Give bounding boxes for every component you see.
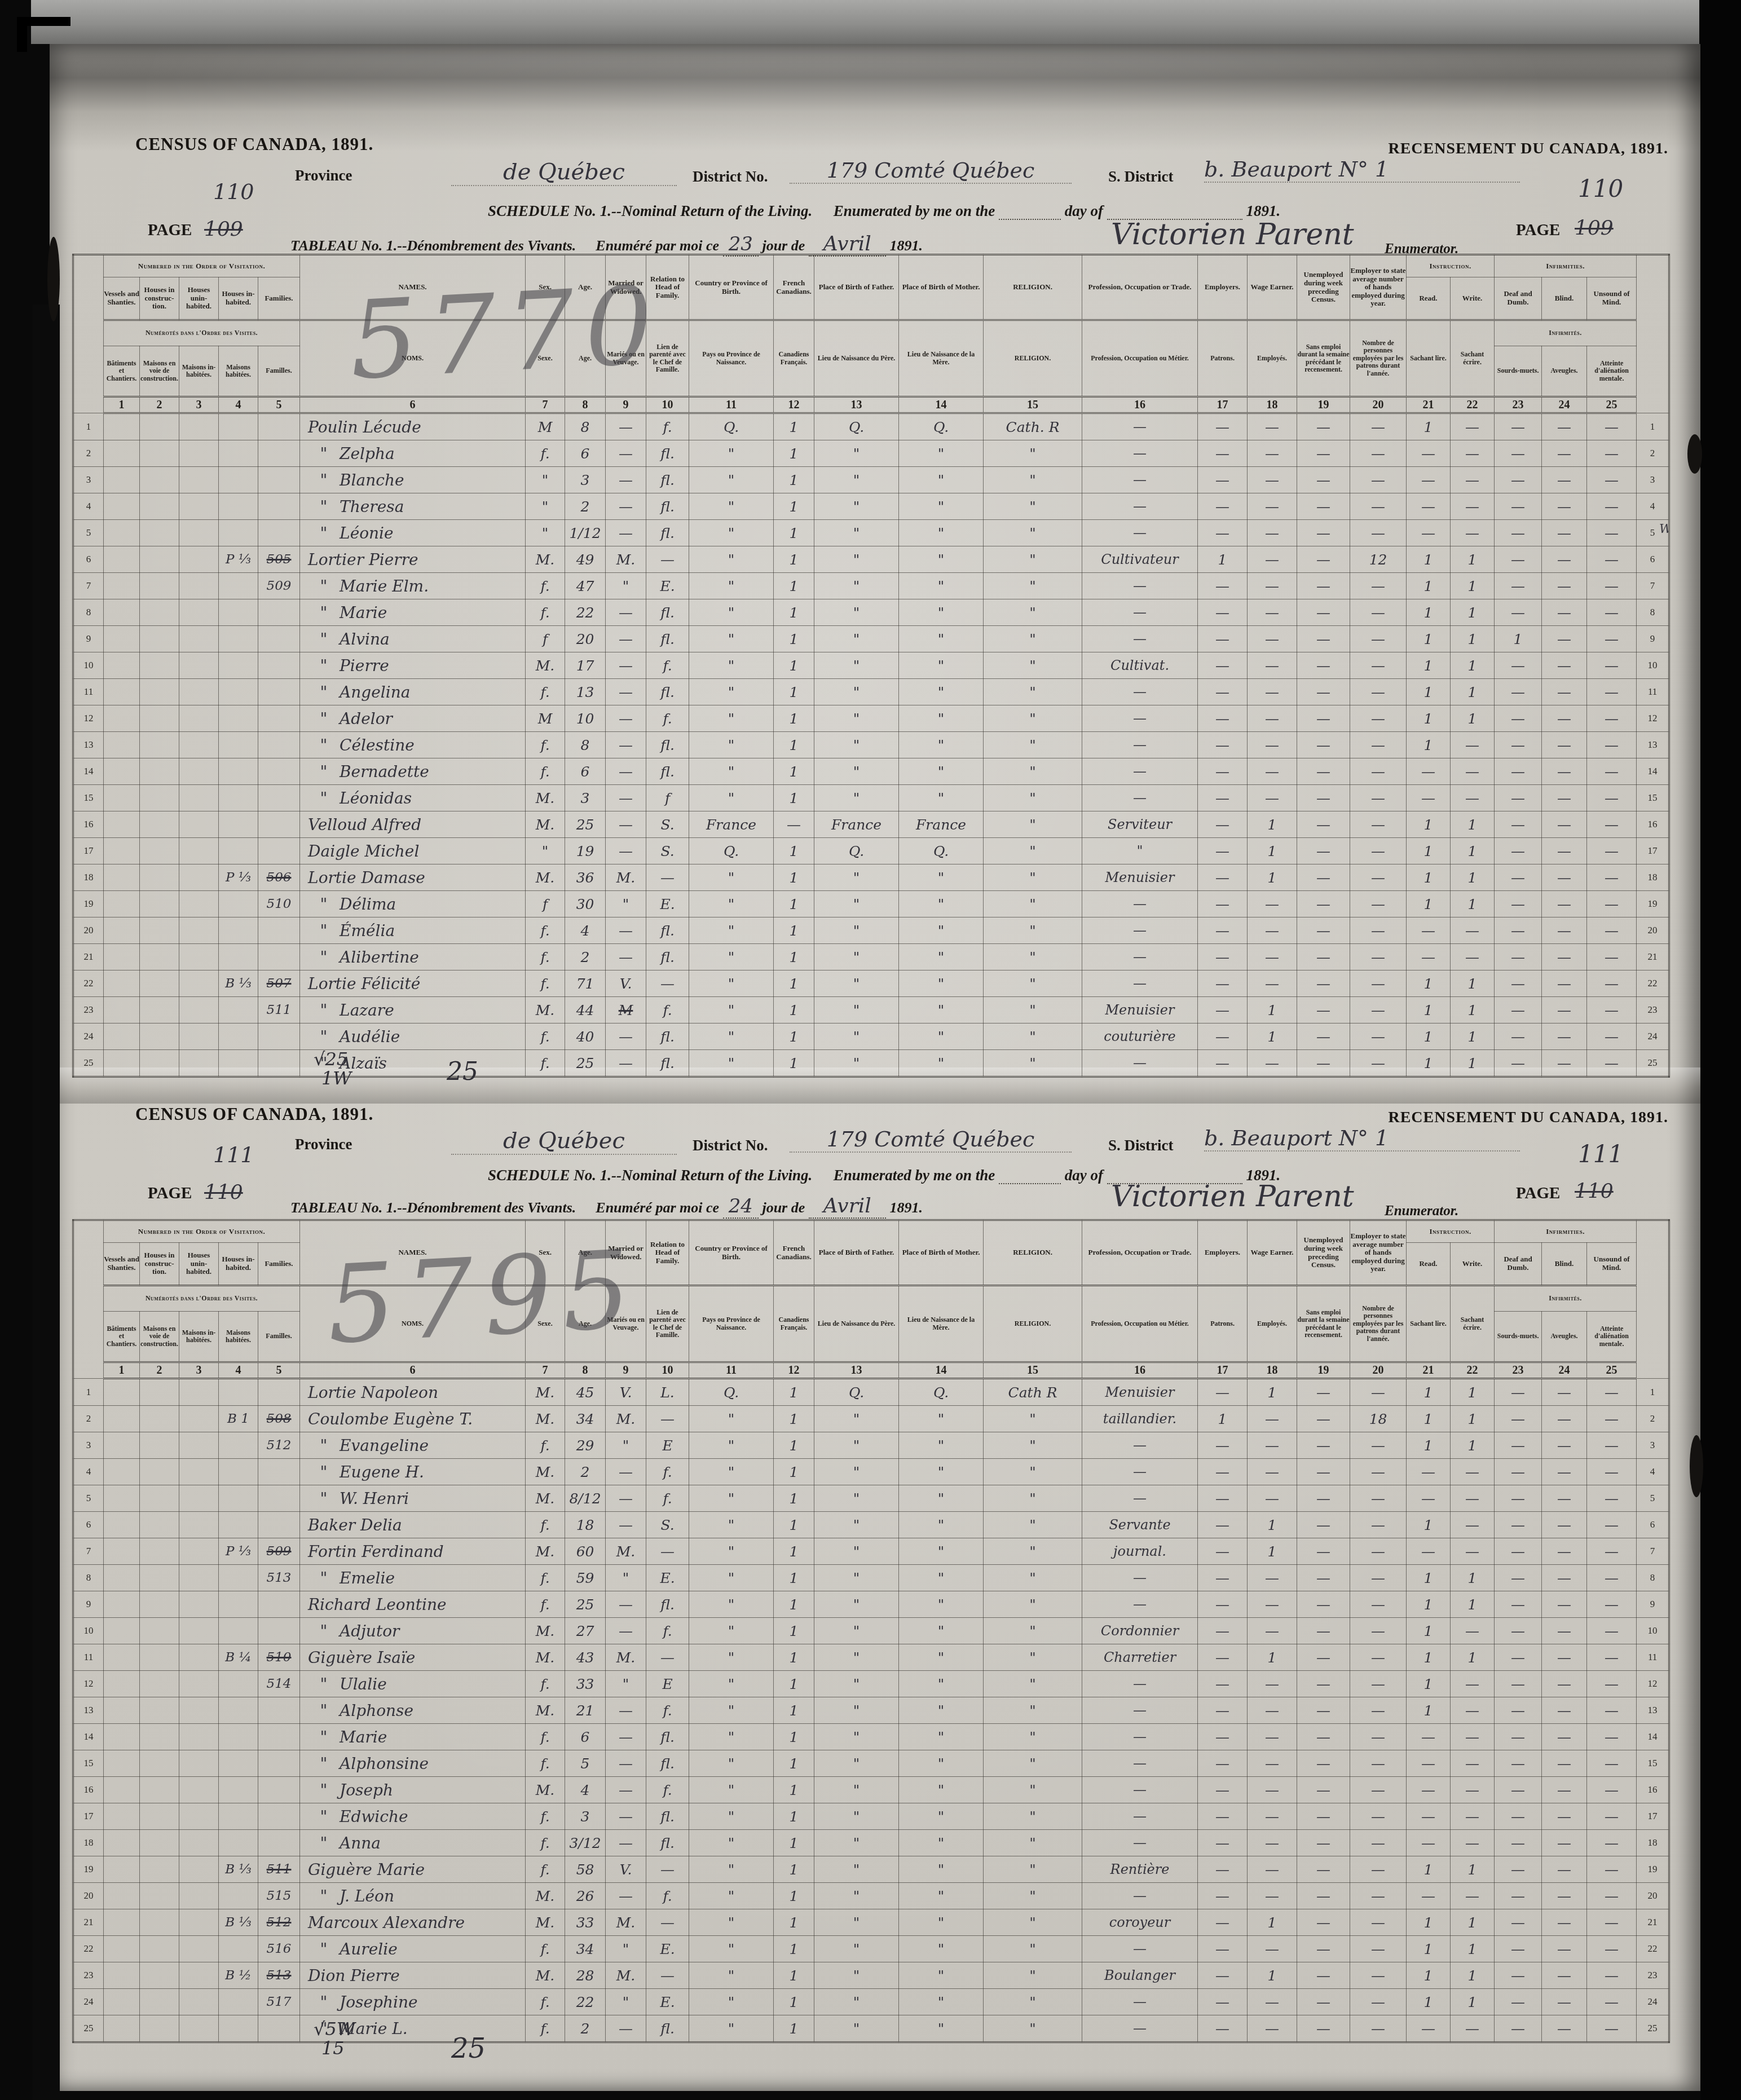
deaf-dumb-cell: — [1495, 1724, 1542, 1750]
name-cell: Lortier Pierre [300, 546, 526, 573]
married-widowed-cell: — [606, 732, 646, 758]
wage-earner-cell: 1 [1248, 838, 1297, 864]
column-number: 23 [1495, 397, 1542, 413]
visitation-cell [140, 1591, 179, 1618]
birthplace-cell: " [689, 1883, 774, 1909]
scan-blemish [1687, 434, 1702, 474]
row-number-right: 17 [1637, 838, 1669, 864]
relation-cell: — [646, 1909, 689, 1936]
visitation-cell [140, 1671, 179, 1697]
birthplace-cell: " [689, 1962, 774, 1989]
mother-birth-cell: " [899, 493, 984, 520]
age-cell: 5 [565, 1750, 606, 1777]
deaf-dumb-cell: — [1495, 1777, 1542, 1803]
visitation-cell [179, 1512, 219, 1538]
deaf-dumb-cell: — [1495, 1565, 1542, 1591]
visitation-cell [140, 1050, 179, 1077]
census-row: 19B ⅓511Giguère Marief.58V.—"1"""Rentièr… [73, 1856, 1669, 1883]
row-number-left: 18 [73, 1830, 104, 1856]
row-number-right: 15 [1637, 785, 1669, 811]
visitation-cell [179, 520, 219, 546]
deaf-dumb-cell: — [1495, 1936, 1542, 1962]
father-birth-cell: Q. [814, 413, 899, 440]
visitation-cell [258, 1459, 300, 1485]
employer-cell: — [1198, 758, 1248, 785]
employer-cell: — [1198, 413, 1248, 440]
mother-birth-cell: " [899, 970, 984, 997]
census-row: 15"Alphonsinef.5—fl."1"""——————————15 [73, 1750, 1669, 1777]
write-cell: — [1451, 1671, 1495, 1697]
read-cell: 1 [1407, 1023, 1451, 1050]
religion-cell: " [984, 1724, 1082, 1750]
unsound-mind-cell: — [1587, 891, 1637, 917]
visitation-cell [179, 758, 219, 785]
column-number: 13 [814, 1362, 899, 1379]
relation-cell: f [646, 785, 689, 811]
row-number-right: 23 [1637, 1962, 1669, 1989]
unemployed-cell: — [1297, 944, 1350, 970]
father-birth-cell: Q. [814, 1379, 899, 1406]
visitation-cell [179, 1023, 219, 1050]
hands-employed-cell: — [1350, 2015, 1407, 2042]
read-cell: — [1407, 785, 1451, 811]
unemployed-cell: — [1297, 1777, 1350, 1803]
visitation-cell [258, 520, 300, 546]
column-number: 17 [1198, 1362, 1248, 1379]
col-header-fr: Sachant lire. [1407, 320, 1451, 397]
visitation-cell [179, 1379, 219, 1406]
visitation-cell [219, 1803, 258, 1830]
write-cell: 1 [1451, 1406, 1495, 1432]
visitation-cell [179, 1909, 219, 1936]
col-header-en: Write. [1451, 277, 1495, 320]
unsound-mind-cell: — [1587, 1538, 1637, 1565]
col-header-en: RELIGION. [984, 1220, 1082, 1286]
employer-cell: — [1198, 1777, 1248, 1803]
visitation-cell [179, 1485, 219, 1512]
visitation-cell [179, 1618, 219, 1644]
visitation-cell [140, 997, 179, 1023]
relation-cell: E. [646, 1565, 689, 1591]
column-number: 23 [1495, 1362, 1542, 1379]
col-header-en: Houses unin­habited. [179, 277, 219, 320]
blind-cell: — [1542, 811, 1587, 838]
hands-employed-cell: — [1350, 1750, 1407, 1777]
row-number-right: 6 [1637, 1512, 1669, 1538]
occupation-cell: — [1082, 626, 1198, 652]
row-number-right: 22 [1637, 1936, 1669, 1962]
visitation-cell [140, 1379, 179, 1406]
age-cell: 58 [565, 1856, 606, 1883]
birthplace-cell: " [689, 1512, 774, 1538]
mother-birth-cell: " [899, 891, 984, 917]
row-number-right: 24 [1637, 1023, 1669, 1050]
read-cell: — [1407, 493, 1451, 520]
unemployed-cell: — [1297, 864, 1350, 891]
employer-cell: — [1198, 2015, 1248, 2042]
sex-cell: f. [526, 1023, 565, 1050]
wage-earner-cell: — [1248, 546, 1297, 573]
relation-cell: — [646, 970, 689, 997]
married-widowed-cell: — [606, 838, 646, 864]
visitation-cell [140, 758, 179, 785]
religion-cell: " [984, 785, 1082, 811]
occupation-cell: Charretier [1082, 1644, 1198, 1671]
read-cell: 1 [1407, 1936, 1451, 1962]
blind-cell: — [1542, 599, 1587, 626]
father-birth-cell: " [814, 493, 899, 520]
religion-cell: " [984, 1856, 1082, 1883]
visitation-cell [179, 2015, 219, 2042]
visitation-cell [179, 1459, 219, 1485]
mother-birth-cell: " [899, 1909, 984, 1936]
unsound-mind-cell: — [1587, 1962, 1637, 1989]
hands-employed-cell: — [1350, 1565, 1407, 1591]
sex-cell: f. [526, 1512, 565, 1538]
visitation-cell: B ⅓ [219, 1909, 258, 1936]
employer-cell: — [1198, 785, 1248, 811]
religion-cell: " [984, 705, 1082, 732]
visitation-cell [104, 1936, 140, 1962]
deaf-dumb-cell: — [1495, 440, 1542, 467]
visitation-cell [104, 917, 140, 944]
deaf-dumb-cell: — [1495, 1644, 1542, 1671]
religion-cell: " [984, 1989, 1082, 2015]
unemployed-cell: — [1297, 520, 1350, 546]
birthplace-cell: " [689, 1485, 774, 1512]
unsound-mind-cell: — [1587, 838, 1637, 864]
relation-cell: fl. [646, 917, 689, 944]
blind-cell: — [1542, 944, 1587, 970]
wage-earner-cell: — [1248, 917, 1297, 944]
sex-cell: M. [526, 1379, 565, 1406]
col-header-fr: Maisons en voie de construc­tion. [140, 346, 179, 397]
visitation-cell [258, 413, 300, 440]
father-birth-cell: " [814, 546, 899, 573]
column-number: 7 [526, 1362, 565, 1379]
visitation-cell [104, 997, 140, 1023]
row-number-left: 16 [73, 811, 104, 838]
wage-earner-cell: 1 [1248, 1538, 1297, 1565]
sdistrict-label: S. District [1108, 1137, 1173, 1154]
deaf-dumb-cell: — [1495, 1485, 1542, 1512]
row-number-left: 17 [73, 1803, 104, 1830]
row-number-right: 25 [1637, 1050, 1669, 1077]
blind-cell: — [1542, 785, 1587, 811]
census-row: 4"Eugene H.M.2—f."1"""——————————4 [73, 1459, 1669, 1485]
deaf-dumb-cell: — [1495, 1459, 1542, 1485]
occupation-cell: Menuisier [1082, 997, 1198, 1023]
visitation-cell [104, 520, 140, 546]
write-cell: 1 [1451, 970, 1495, 997]
sex-cell: f. [526, 573, 565, 599]
row-number-left: 6 [73, 1512, 104, 1538]
married-widowed-cell: M. [606, 864, 646, 891]
col-header-en: Country or Province of Birth. [689, 1220, 774, 1286]
deaf-dumb-cell: — [1495, 1803, 1542, 1830]
visitation-cell [140, 1909, 179, 1936]
sex-cell: M. [526, 1618, 565, 1644]
col-header-en: Houses in construc­tion. [140, 1243, 179, 1286]
read-cell: — [1407, 1750, 1451, 1777]
age-cell: 3 [565, 785, 606, 811]
column-number: 1 [104, 1362, 140, 1379]
unemployed-cell: — [1297, 1724, 1350, 1750]
hands-employed-cell: — [1350, 679, 1407, 705]
row-number-right: 8 [1637, 1565, 1669, 1591]
relation-cell: — [646, 1406, 689, 1432]
name-cell: Baker Delia [300, 1512, 526, 1538]
blind-cell: — [1542, 1538, 1587, 1565]
unemployed-cell: — [1297, 626, 1350, 652]
write-cell: 1 [1451, 546, 1495, 573]
visitation-cell [140, 811, 179, 838]
visitation-cell [179, 1432, 219, 1459]
unemployed-cell: — [1297, 1050, 1350, 1077]
tally-check: √25 1W [314, 1050, 351, 1088]
wage-earner-cell: — [1248, 705, 1297, 732]
write-cell: 1 [1451, 1989, 1495, 2015]
unemployed-cell: — [1297, 493, 1350, 520]
hands-employed-cell: — [1350, 467, 1407, 493]
infirmities-group-fr: Infirmités. [1495, 1286, 1637, 1312]
deaf-dumb-cell: — [1495, 520, 1542, 546]
religion-cell: " [984, 732, 1082, 758]
unsound-mind-cell: — [1587, 864, 1637, 891]
father-birth-cell: " [814, 864, 899, 891]
col-header-en: Employer to state average number of hand… [1350, 1220, 1407, 1286]
visitation-cell: 506 [258, 864, 300, 891]
visitation-cell [219, 1697, 258, 1724]
father-birth-cell: " [814, 1432, 899, 1459]
column-number: 1 [104, 397, 140, 413]
married-widowed-cell: — [606, 1591, 646, 1618]
religion-cell: " [984, 2015, 1082, 2042]
relation-cell: f. [646, 413, 689, 440]
mother-birth-cell: " [899, 440, 984, 467]
read-cell: 1 [1407, 546, 1451, 573]
deaf-dumb-cell: — [1495, 1962, 1542, 1989]
married-widowed-cell: — [606, 440, 646, 467]
row-number-right: 14 [1637, 1724, 1669, 1750]
visitation-cell [104, 1724, 140, 1750]
father-birth-cell: " [814, 1565, 899, 1591]
census-row: 23511"LazareM.44Mf."1"""Menuisier—1——11—… [73, 997, 1669, 1023]
employer-cell: — [1198, 944, 1248, 970]
deaf-dumb-cell: — [1495, 917, 1542, 944]
visitation-cell [104, 1485, 140, 1512]
french-canadian-cell: 1 [774, 891, 814, 917]
unsound-mind-cell: — [1587, 440, 1637, 467]
row-number-right: 14 [1637, 758, 1669, 785]
read-cell: — [1407, 1724, 1451, 1750]
birthplace-cell: " [689, 1591, 774, 1618]
tableau-fr-text: TABLEAU No. 1.--Dénombrement des Vivants… [290, 1199, 576, 1216]
visitation-cell [179, 1803, 219, 1830]
visitation-cell: 513 [258, 1565, 300, 1591]
age-cell: 34 [565, 1406, 606, 1432]
row-number-right: 10 [1637, 1618, 1669, 1644]
row-number-right: 4 [1637, 1459, 1669, 1485]
row-number-right: 17 [1637, 1803, 1669, 1830]
census-table-page-110: Numbered in the Order of Visitation.NAME… [72, 254, 1670, 1078]
sex-cell: M. [526, 546, 565, 573]
table-header: Numbered in the Order of Visitation.NAME… [73, 255, 1669, 413]
visitation-cell [219, 1936, 258, 1962]
unsound-mind-cell: — [1587, 1724, 1637, 1750]
occupation-cell: — [1082, 1803, 1198, 1830]
column-number: 4 [219, 1362, 258, 1379]
col-header-fr: Pays ou Province de Naissance. [689, 320, 774, 397]
mother-birth-cell: " [899, 679, 984, 705]
row-number-left: 22 [73, 970, 104, 997]
batch-scrawl: 5770 [347, 263, 666, 404]
wage-earner-cell: — [1248, 573, 1297, 599]
religion-cell: " [984, 1565, 1082, 1591]
occupation-cell: — [1082, 758, 1198, 785]
column-number: 14 [899, 397, 984, 413]
father-birth-cell: " [814, 1909, 899, 1936]
col-header-en: Read. [1407, 277, 1451, 320]
occupation-cell: — [1082, 1565, 1198, 1591]
write-cell: — [1451, 944, 1495, 970]
row-number-right: 25 [1637, 2015, 1669, 2042]
french-canadian-cell: 1 [774, 1803, 814, 1830]
col-header-fr: Canadiens Français. [774, 320, 814, 397]
unemployed-cell: — [1297, 1432, 1350, 1459]
col-header-en: Unemployed during week preceding Census. [1297, 1220, 1350, 1286]
census-row: 5"W. HenriM.8/12—f."1"""——————————5 [73, 1485, 1669, 1512]
deaf-dumb-cell: — [1495, 864, 1542, 891]
col-header-en: Relation to Head of Family. [646, 1220, 689, 1286]
wage-earner-cell: — [1248, 1830, 1297, 1856]
col-header-en: Employers. [1198, 255, 1248, 320]
visitation-cell: 511 [258, 1856, 300, 1883]
unsound-mind-cell: — [1587, 1050, 1637, 1077]
deaf-dumb-cell: — [1495, 732, 1542, 758]
column-number: 4 [219, 397, 258, 413]
visitation-cell [140, 1697, 179, 1724]
row-number-right: 18 [1637, 864, 1669, 891]
row-number-left: 4 [73, 1459, 104, 1485]
married-widowed-cell: V. [606, 1379, 646, 1406]
birthplace-cell: " [689, 546, 774, 573]
census-row: 15"LéonidasM.3—f"1"""——————————15 [73, 785, 1669, 811]
mother-birth-cell: " [899, 864, 984, 891]
father-birth-cell: " [814, 891, 899, 917]
married-widowed-cell: M. [606, 1644, 646, 1671]
read-cell: 1 [1407, 679, 1451, 705]
deaf-dumb-cell: — [1495, 1989, 1542, 2015]
write-cell: — [1451, 917, 1495, 944]
occupation-cell: — [1082, 493, 1198, 520]
column-number: 15 [984, 397, 1082, 413]
read-cell: 1 [1407, 626, 1451, 652]
unsound-mind-cell: — [1587, 573, 1637, 599]
wage-earner-cell: — [1248, 1856, 1297, 1883]
row-number-right: 11 [1637, 1644, 1669, 1671]
blind-cell: — [1542, 679, 1587, 705]
visitation-cell [140, 546, 179, 573]
birthplace-cell: Q. [689, 1379, 774, 1406]
visitation-cell [258, 1724, 300, 1750]
unsound-mind-cell: — [1587, 1485, 1637, 1512]
sex-cell: f. [526, 1724, 565, 1750]
unemployed-cell: — [1297, 1538, 1350, 1565]
employer-cell: — [1198, 493, 1248, 520]
hands-employed-cell: — [1350, 1618, 1407, 1644]
visitation-cell [258, 599, 300, 626]
father-birth-cell: " [814, 520, 899, 546]
age-cell: 8/12 [565, 1485, 606, 1512]
married-widowed-cell: M. [606, 1538, 646, 1565]
deaf-dumb-cell: — [1495, 1750, 1542, 1777]
hands-employed-cell: — [1350, 1830, 1407, 1856]
age-cell: 60 [565, 1538, 606, 1565]
age-cell: 33 [565, 1671, 606, 1697]
wage-earner-cell: — [1248, 2015, 1297, 2042]
father-birth-cell: " [814, 1406, 899, 1432]
name-cell: "Evangeline [300, 1432, 526, 1459]
census-row: 1Poulin LécudeM8—f.Q.1Q.Q.Cath. R—————1—… [73, 413, 1669, 440]
row-number-right: 13 [1637, 732, 1669, 758]
relation-cell: fl. [646, 1830, 689, 1856]
unsound-mind-cell: — [1587, 493, 1637, 520]
french-canadian-cell: 1 [774, 1023, 814, 1050]
name-cell: Daigle Michel [300, 838, 526, 864]
visitation-group-fr: Numérotés dans l'Ordre des Visites. [104, 320, 300, 346]
deaf-dumb-cell: — [1495, 785, 1542, 811]
col-header-en: Country or Province of Birth. [689, 255, 774, 320]
write-cell: 1 [1451, 891, 1495, 917]
name-cell: "Marie [300, 1724, 526, 1750]
write-cell: 1 [1451, 1644, 1495, 1671]
visitation-cell [258, 1697, 300, 1724]
age-cell: 18 [565, 1512, 606, 1538]
blind-cell: — [1542, 705, 1587, 732]
employer-cell: — [1198, 1379, 1248, 1406]
read-cell: — [1407, 1485, 1451, 1512]
relation-cell: fl. [646, 440, 689, 467]
religion-cell: " [984, 1432, 1082, 1459]
col-header-en: Houses in­habited. [219, 1243, 258, 1286]
day-of-label: day of [1065, 202, 1103, 219]
name-cell: "Délima [300, 891, 526, 917]
film-right-strip [1700, 0, 1741, 2100]
visitation-cell [104, 1050, 140, 1077]
sex-cell: M. [526, 1538, 565, 1565]
hands-employed-cell: — [1350, 652, 1407, 679]
unsound-mind-cell: — [1587, 1432, 1637, 1459]
wage-earner-cell: — [1248, 1936, 1297, 1962]
col-header-fr: Aveu­gles. [1542, 1312, 1587, 1362]
birthplace-cell: " [689, 891, 774, 917]
read-cell: 1 [1407, 1565, 1451, 1591]
deaf-dumb-cell: — [1495, 652, 1542, 679]
occupation-cell: — [1082, 467, 1198, 493]
married-widowed-cell: — [606, 811, 646, 838]
occupation-cell: — [1082, 1883, 1198, 1909]
visitation-cell [140, 944, 179, 970]
relation-cell: — [646, 1856, 689, 1883]
col-header-en: Employers. [1198, 1220, 1248, 1286]
relation-cell: E [646, 1432, 689, 1459]
district-label: District No. [693, 168, 768, 186]
age-cell: 29 [565, 1432, 606, 1459]
mother-birth-cell: " [899, 705, 984, 732]
visitation-cell [179, 1962, 219, 1989]
occupation-cell: Menuisier [1082, 864, 1198, 891]
